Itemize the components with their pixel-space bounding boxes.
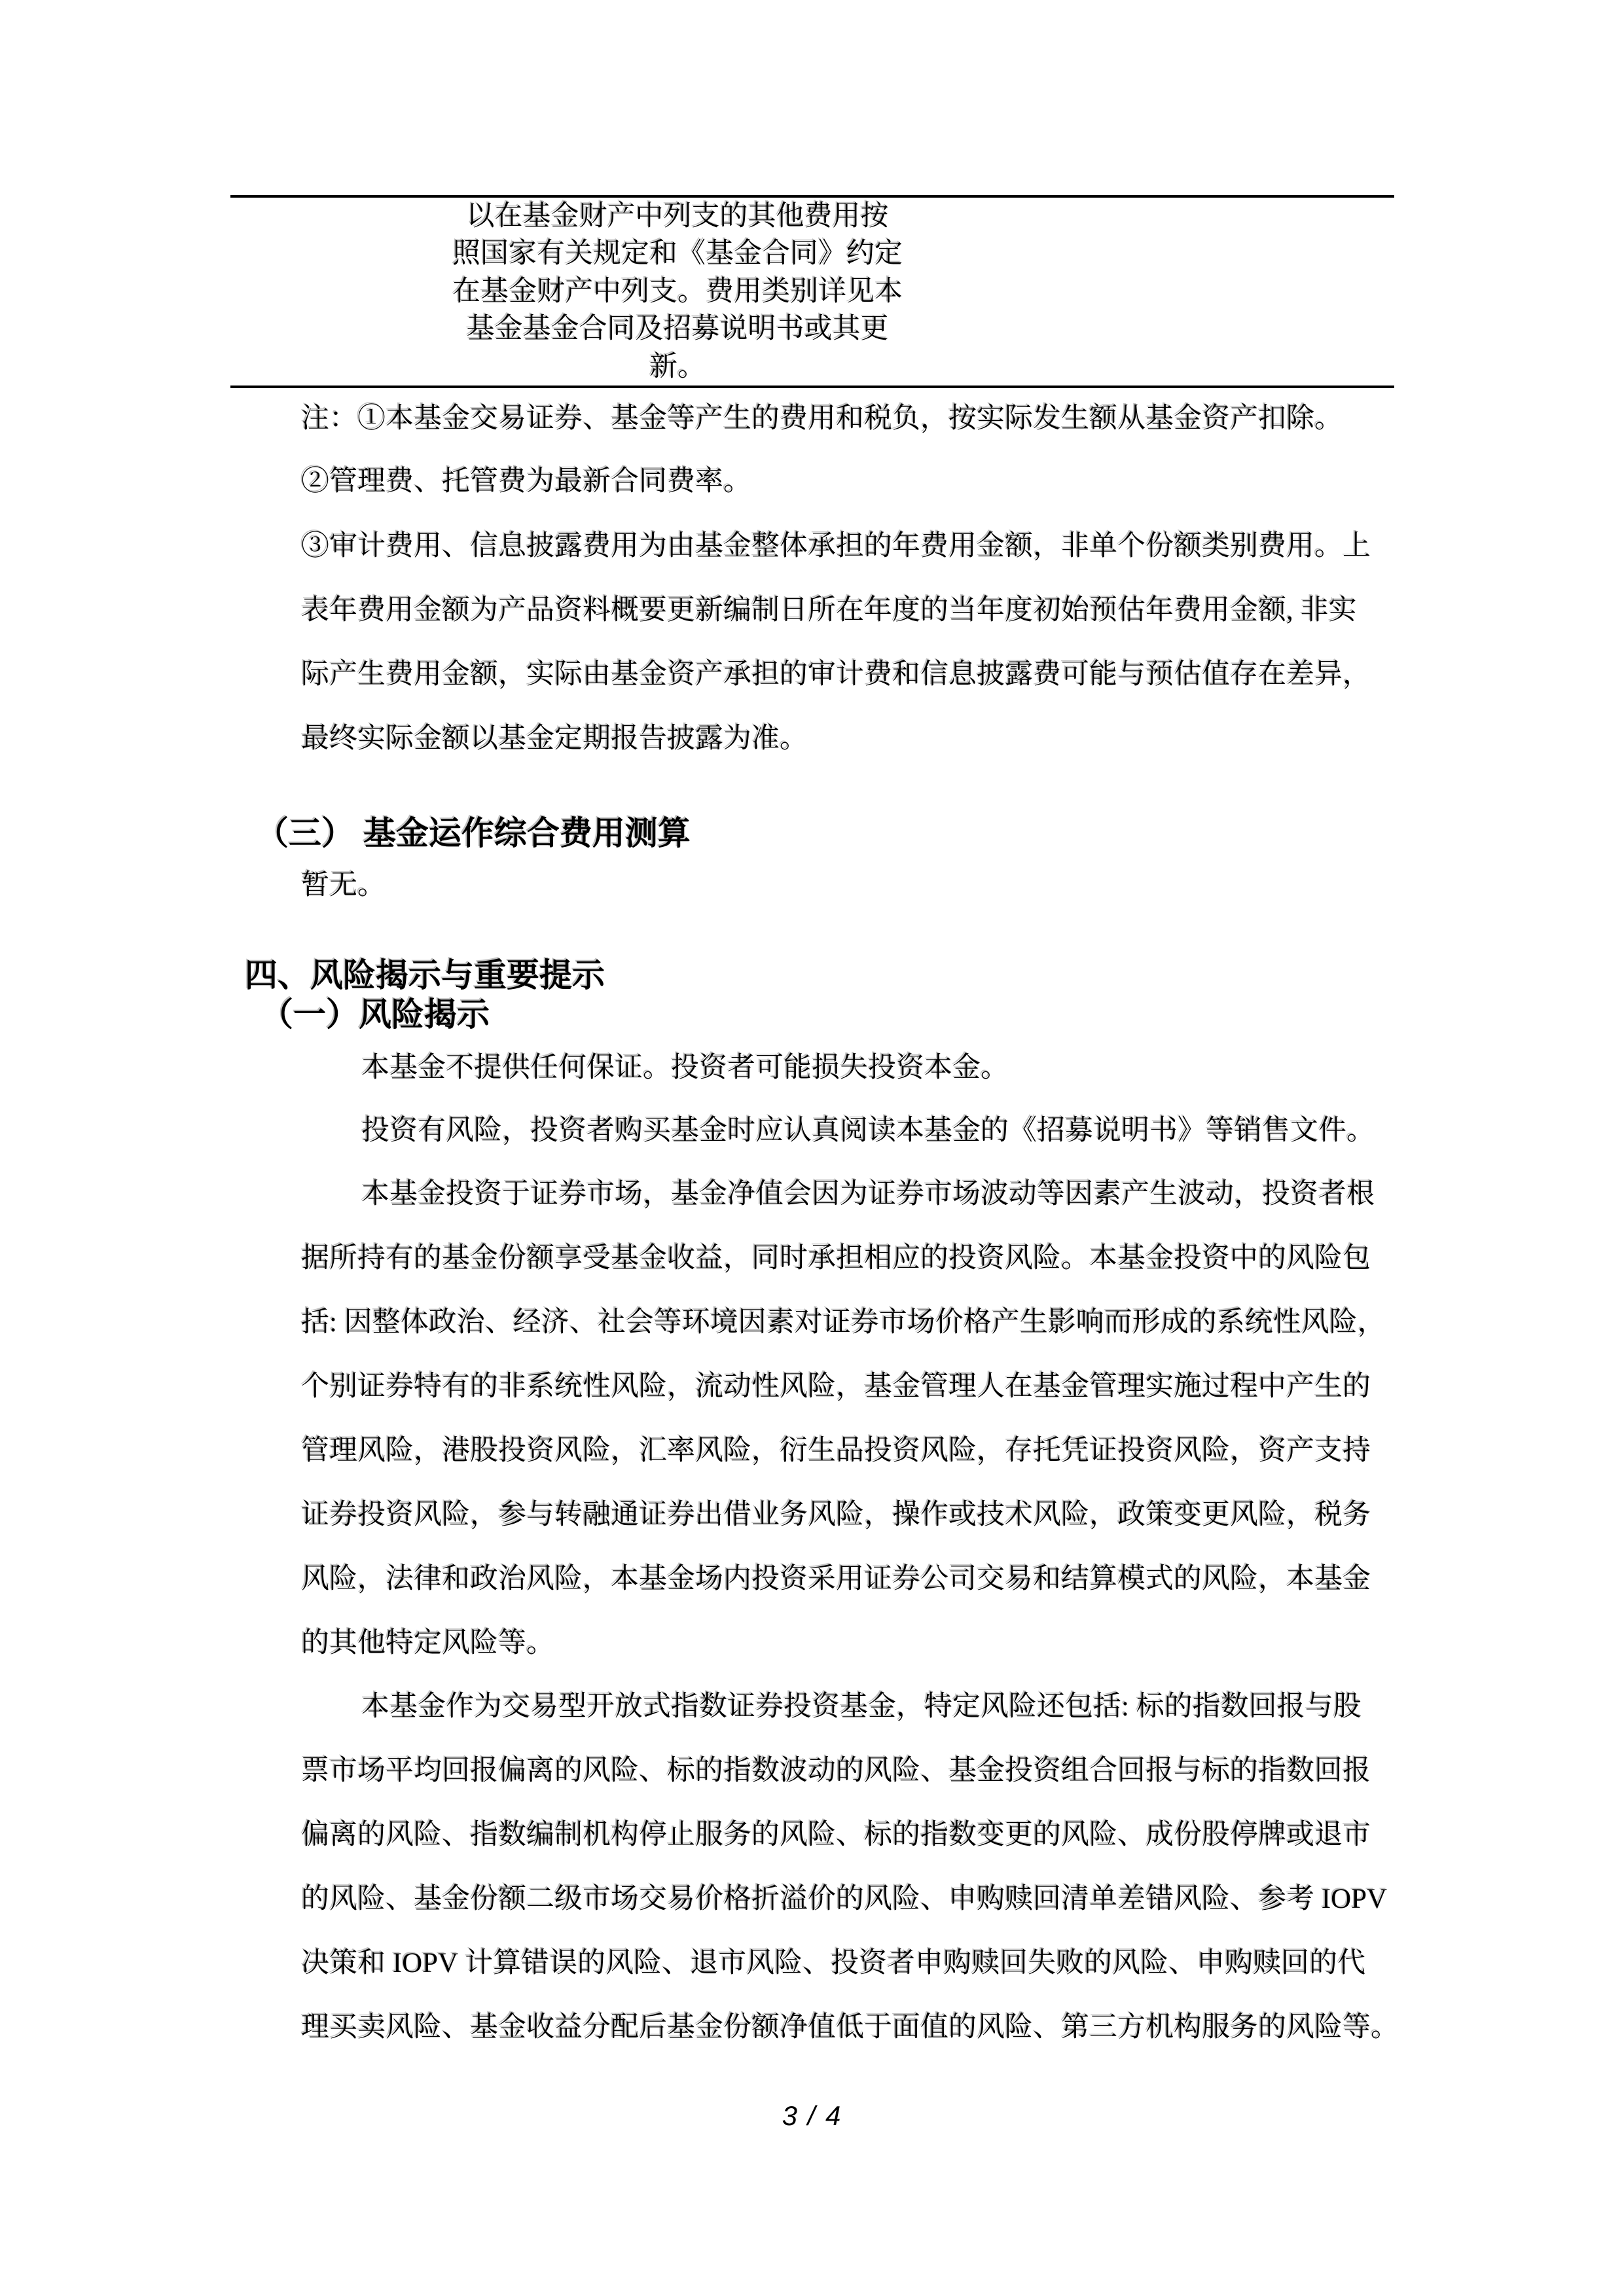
note-3: ③审计费用、信息披露费用为由基金整体承担的年费用金额，非单个份额类别费用。上 表… bbox=[301, 514, 1371, 771]
text-line: 注：①本基金交易证券、基金等产生的费用和税负，按实际发生额从基金资产扣除。 bbox=[301, 387, 1343, 451]
text-line: 决策和 IOPV 计算错误的风险、退市风险、投资者申购赎回失败的风险、申购赎回的… bbox=[301, 1931, 1399, 1996]
text-line: 投资有风险，投资者购买基金时应认真阅读本基金的《招募说明书》等销售文件。 bbox=[301, 1099, 1375, 1163]
text-line: 个别证券特有的非系统性风险，流动性风险，基金管理人在基金管理实施过程中产生的 bbox=[301, 1355, 1386, 1419]
risk-paragraph-4: 本基金作为交易型开放式指数证券投资基金，特定风险还包括: 标的指数回报与股 票市… bbox=[301, 1675, 1399, 2060]
text-line: 括: 因整体政治、经济、社会等环境因素对证券市场价格产生影响而形成的系统性风险， bbox=[301, 1291, 1386, 1355]
text-line: ③审计费用、信息披露费用为由基金整体承担的年费用金额，非单个份额类别费用。上 bbox=[301, 514, 1371, 579]
text-line: 本基金作为交易型开放式指数证券投资基金，特定风险还包括: 标的指数回报与股 bbox=[301, 1675, 1399, 1739]
table-cell-line: 新。 bbox=[444, 348, 911, 386]
text-line: 本基金不提供任何保证。投资者可能损失投资本金。 bbox=[301, 1036, 1009, 1100]
text-line: 据所持有的基金份额享受基金收益，同时承担相应的投资风险。本基金投资中的风险包 bbox=[301, 1227, 1386, 1291]
section3-body: 暂无。 bbox=[301, 853, 386, 918]
text-line: 暂无。 bbox=[301, 853, 386, 918]
section4-sub-heading: （一）风险揭示 bbox=[261, 996, 490, 1033]
text-line: ②管理费、托管费为最新合同费率。 bbox=[301, 450, 751, 514]
table-cell-line: 照国家有关规定和《基金合同》约定 bbox=[444, 235, 911, 272]
risk-paragraph-1: 本基金不提供任何保证。投资者可能损失投资本金。 bbox=[301, 1036, 1009, 1100]
text-line: 本基金投资于证券市场，基金净值会因为证券市场波动等因素产生波动，投资者根 bbox=[301, 1162, 1386, 1227]
table-cell-line: 在基金财产中列支。费用类别详见本 bbox=[444, 273, 911, 310]
risk-paragraph-2: 投资有风险，投资者购买基金时应认真阅读本基金的《招募说明书》等销售文件。 bbox=[301, 1099, 1375, 1163]
page-number: 3 / 4 bbox=[0, 2098, 1624, 2134]
risk-paragraph-3: 本基金投资于证券市场，基金净值会因为证券市场波动等因素产生波动，投资者根 据所持… bbox=[301, 1162, 1386, 1676]
text-line: 证券投资风险，参与转融通证券出借业务风险，操作或技术风险，政策变更风险，税务 bbox=[301, 1483, 1386, 1547]
table-cell-line: 基金基金合同及招募说明书或其更 bbox=[444, 310, 911, 348]
text-line: 最终实际金额以基金定期报告披露为准。 bbox=[301, 707, 1371, 771]
fee-table-fragment: 以在基金财产中列支的其他费用按 照国家有关规定和《基金合同》约定 在基金财产中列… bbox=[230, 195, 1394, 388]
section4-heading: 四、风险揭示与重要提示 bbox=[245, 957, 605, 994]
text-line: 风险，法律和政治风险，本基金场内投资采用证券公司交易和结算模式的风险，本基金 bbox=[301, 1547, 1386, 1611]
text-line: 偏离的风险、指数编制机构停止服务的风险、标的指数变更的风险、成份股停牌或退市 bbox=[301, 1803, 1399, 1867]
document-page: 以在基金财产中列支的其他费用按 照国家有关规定和《基金合同》约定 在基金财产中列… bbox=[0, 0, 1624, 2296]
text-line: 理买卖风险、基金收益分配后基金份额净值低于面值的风险、第三方机构服务的风险等。 bbox=[301, 1996, 1399, 2060]
note-2: ②管理费、托管费为最新合同费率。 bbox=[301, 450, 751, 514]
table-cell-line: 以在基金财产中列支的其他费用按 bbox=[444, 198, 911, 235]
text-line: 的风险、基金份额二级市场交易价格折溢价的风险、申购赎回清单差错风险、参考 IOP… bbox=[301, 1867, 1399, 1931]
text-line: 的其他特定风险等。 bbox=[301, 1611, 1386, 1676]
note-1: 注：①本基金交易证券、基金等产生的费用和税负，按实际发生额从基金资产扣除。 bbox=[301, 387, 1343, 451]
text-line: 票市场平均回报偏离的风险、标的指数波动的风险、基金投资组合回报与标的指数回报 bbox=[301, 1739, 1399, 1803]
text-line: 表年费用金额为产品资料概要更新编制日所在年度的当年度初始预估年费用金额, 非实 bbox=[301, 579, 1371, 643]
text-line: 管理风险，港股投资风险，汇率风险，衍生品投资风险，存托凭证投资风险，资产支持 bbox=[301, 1419, 1386, 1483]
fee-table-cell: 以在基金财产中列支的其他费用按 照国家有关规定和《基金合同》约定 在基金财产中列… bbox=[444, 198, 911, 386]
text-line: 际产生费用金额，实际由基金资产承担的审计费和信息披露费可能与预估值存在差异， bbox=[301, 643, 1371, 707]
section3-heading: （三） 基金运作综合费用测算 bbox=[256, 815, 691, 852]
